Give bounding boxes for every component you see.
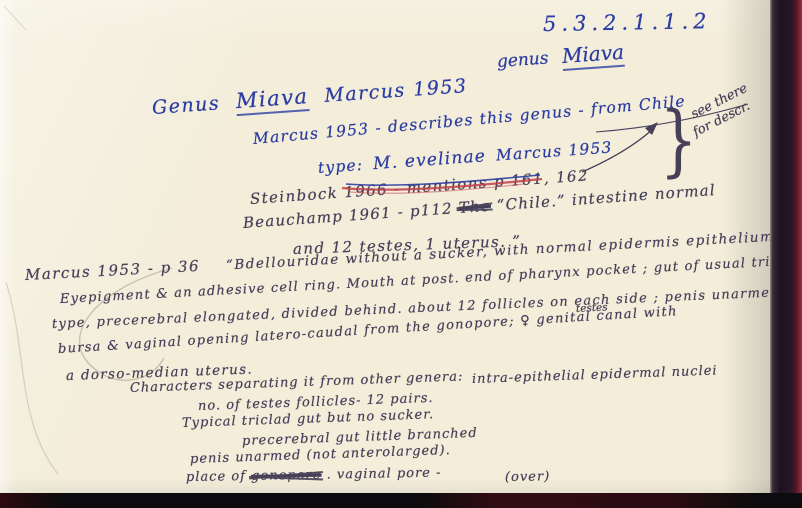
heading-genus-name: Miava — [235, 84, 309, 116]
heading-author: Marcus 1953 — [324, 75, 469, 107]
characters-item-5-pre: place of — [186, 469, 246, 485]
heading-genus-label: Genus — [151, 92, 221, 119]
description-citation: Marcus 1953 - — [252, 119, 382, 148]
quote-intro: Marcus 1953 - p 36 — [25, 257, 201, 284]
struck-word: The — [458, 197, 491, 217]
characters-item-5: place of gonopore . vaginal pore - — [186, 466, 442, 485]
index-card-scan: 5.3.2.1.1.2 genus Miava GenusMiavaMarcus… — [0, 0, 802, 508]
pencil-arc — [6, 282, 58, 474]
corner-genus-name: Miava — [561, 40, 625, 68]
over-note: (over) — [505, 469, 550, 485]
pencil-scratch — [4, 6, 26, 30]
type-author: Marcus 1953 — [495, 138, 613, 164]
characters-item-5-post: . vaginal pore - — [327, 466, 442, 483]
corner-genus-label: genus — [496, 48, 549, 72]
scan-right-edge — [770, 0, 802, 508]
characters-side-note: intra-epithelial epidermal nuclei — [472, 363, 718, 387]
characters-item-4: penis unarmed (not anterolarged). — [190, 443, 451, 467]
type-label: type: — [317, 156, 363, 177]
scan-bottom-edge — [0, 493, 802, 508]
struck-word-gonopore: gonopore — [251, 468, 322, 484]
arrow-head — [645, 122, 658, 135]
heading-line: GenusMiavaMarcus 1953 — [151, 73, 468, 119]
type-species-name: M. evelinae — [372, 146, 486, 174]
description-text: describes this genus - from — [387, 97, 633, 136]
classification-code: 5.3.2.1.1.2 — [543, 9, 712, 36]
corner-genus-name-text: Miava — [561, 40, 625, 71]
